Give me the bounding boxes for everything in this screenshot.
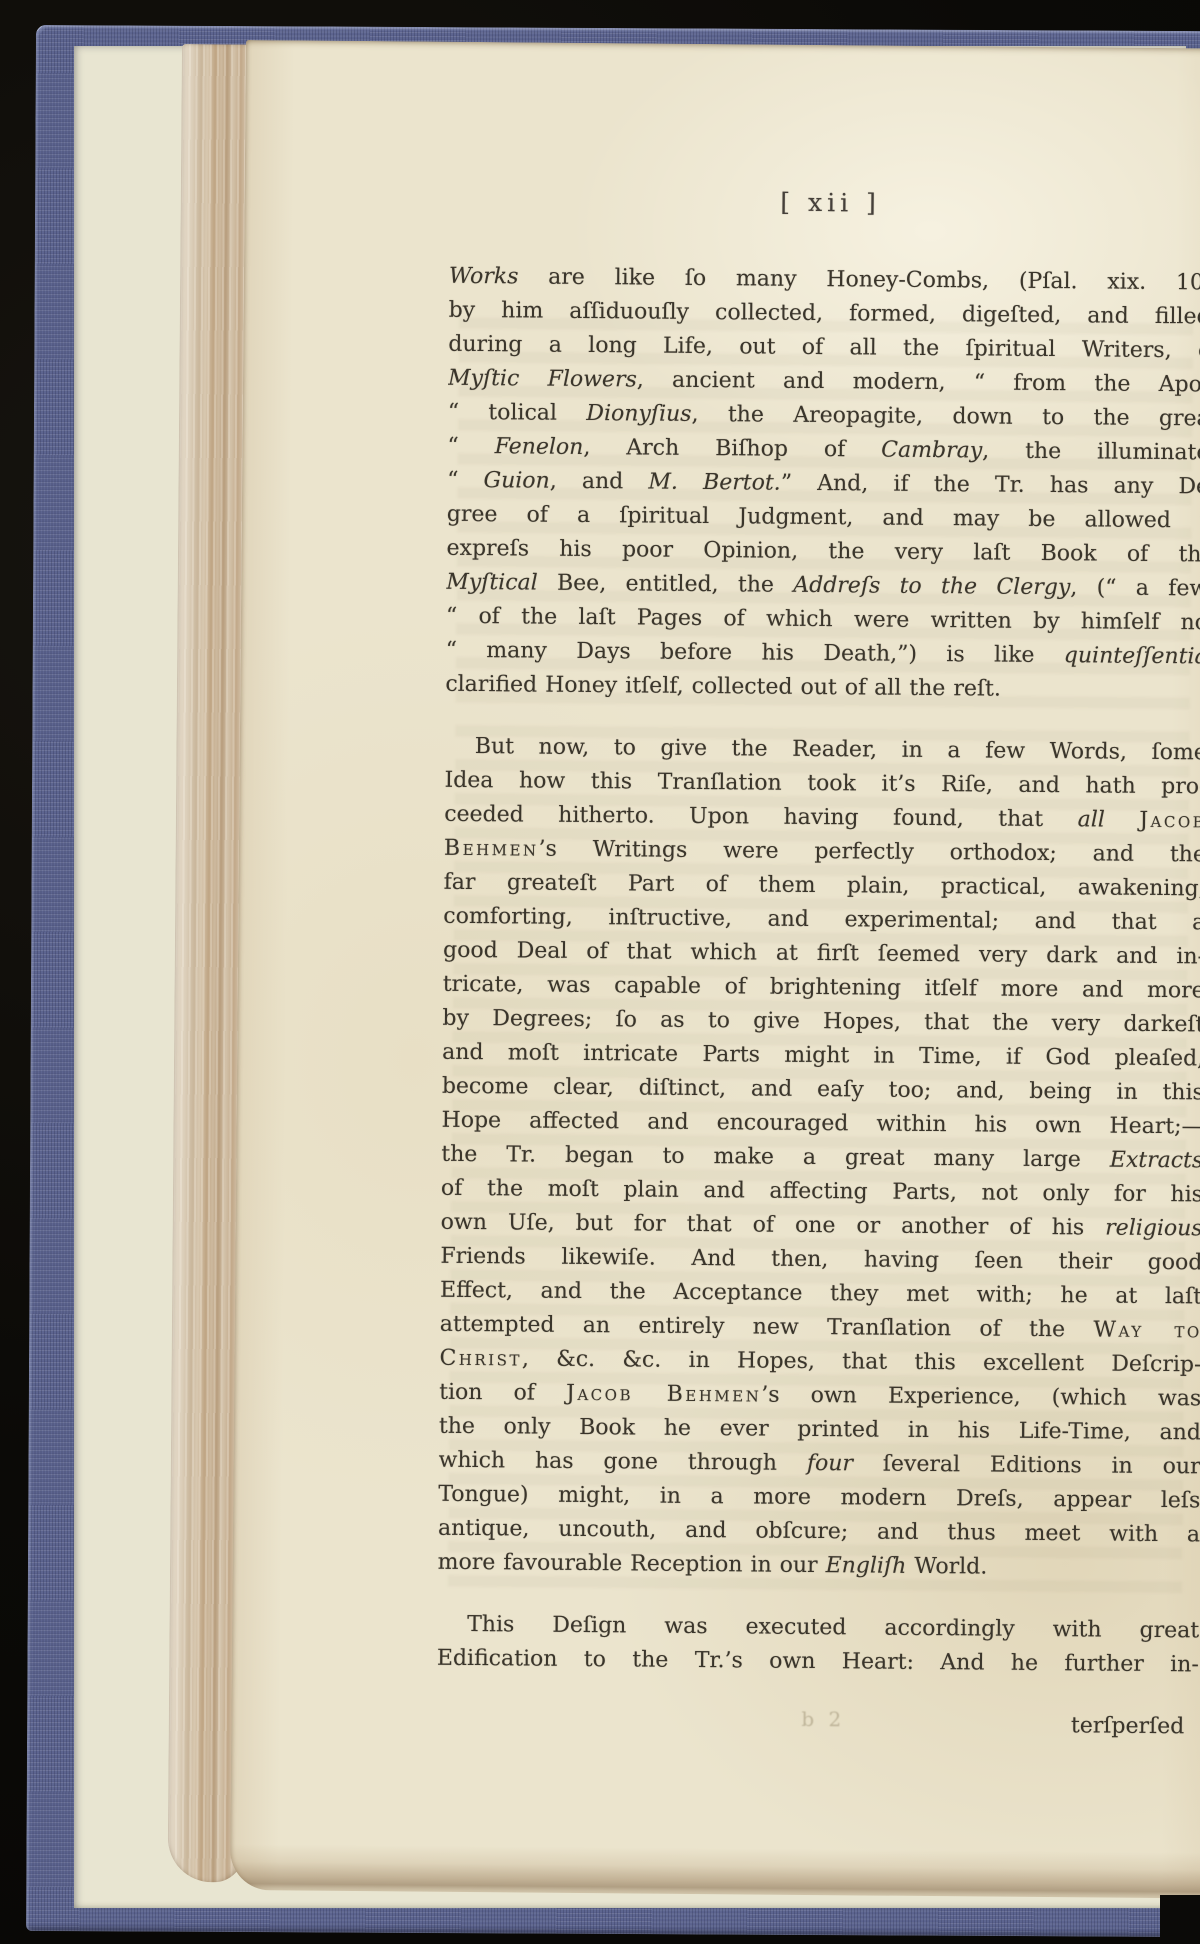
paragraph: But now, to give the Reader, in a few Wo… bbox=[438, 730, 1200, 1587]
signature-mark: b 2 bbox=[801, 1707, 845, 1731]
text-line: Edification to the Tr.’s own Heart: And … bbox=[437, 1642, 1199, 1683]
paragraph: Works are like ſo many Honey-Combs, (Pſa… bbox=[445, 260, 1200, 709]
page-bottom-edge-shading bbox=[230, 1844, 1200, 1899]
paragraph: This Deſign was executed accordingly wit… bbox=[437, 1608, 1200, 1683]
page-number-header: [ xii ] bbox=[449, 185, 1200, 221]
backdrop-corner-patch bbox=[1160, 1895, 1200, 1944]
text-line: clarified Honey itſelf, collected out of… bbox=[445, 668, 1200, 709]
text-line: more favourable Reception in our Engliſh… bbox=[438, 1546, 1200, 1587]
page-text: Works are like ſo many Honey-Combs, (Pſa… bbox=[436, 260, 1200, 1745]
book-page: [ xii ] Works are like ſo many Honey-Com… bbox=[230, 40, 1200, 1898]
